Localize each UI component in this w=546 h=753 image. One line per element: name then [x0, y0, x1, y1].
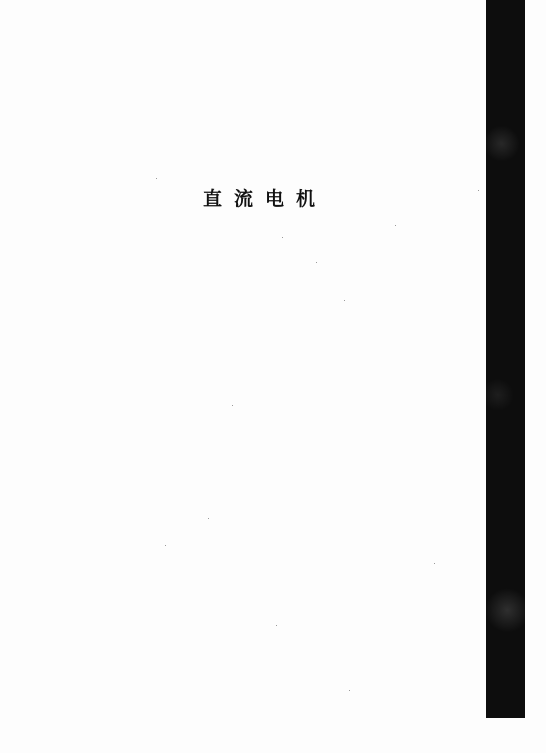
scan-speck	[156, 178, 157, 179]
scanned-title-page: 直流电机	[0, 0, 546, 753]
scan-speck	[282, 237, 283, 238]
scan-speck	[316, 262, 317, 263]
scan-speck	[478, 190, 479, 191]
scan-speck	[434, 563, 435, 564]
scan-speck	[276, 625, 277, 626]
book-title: 直流电机	[203, 184, 327, 211]
scan-speck	[349, 690, 350, 691]
scan-speck	[344, 300, 345, 301]
scan-speck	[165, 545, 166, 546]
scan-speck	[395, 225, 396, 226]
book-spine-shadow	[486, 0, 525, 718]
scan-speck	[232, 405, 233, 406]
scan-speck	[208, 518, 209, 519]
